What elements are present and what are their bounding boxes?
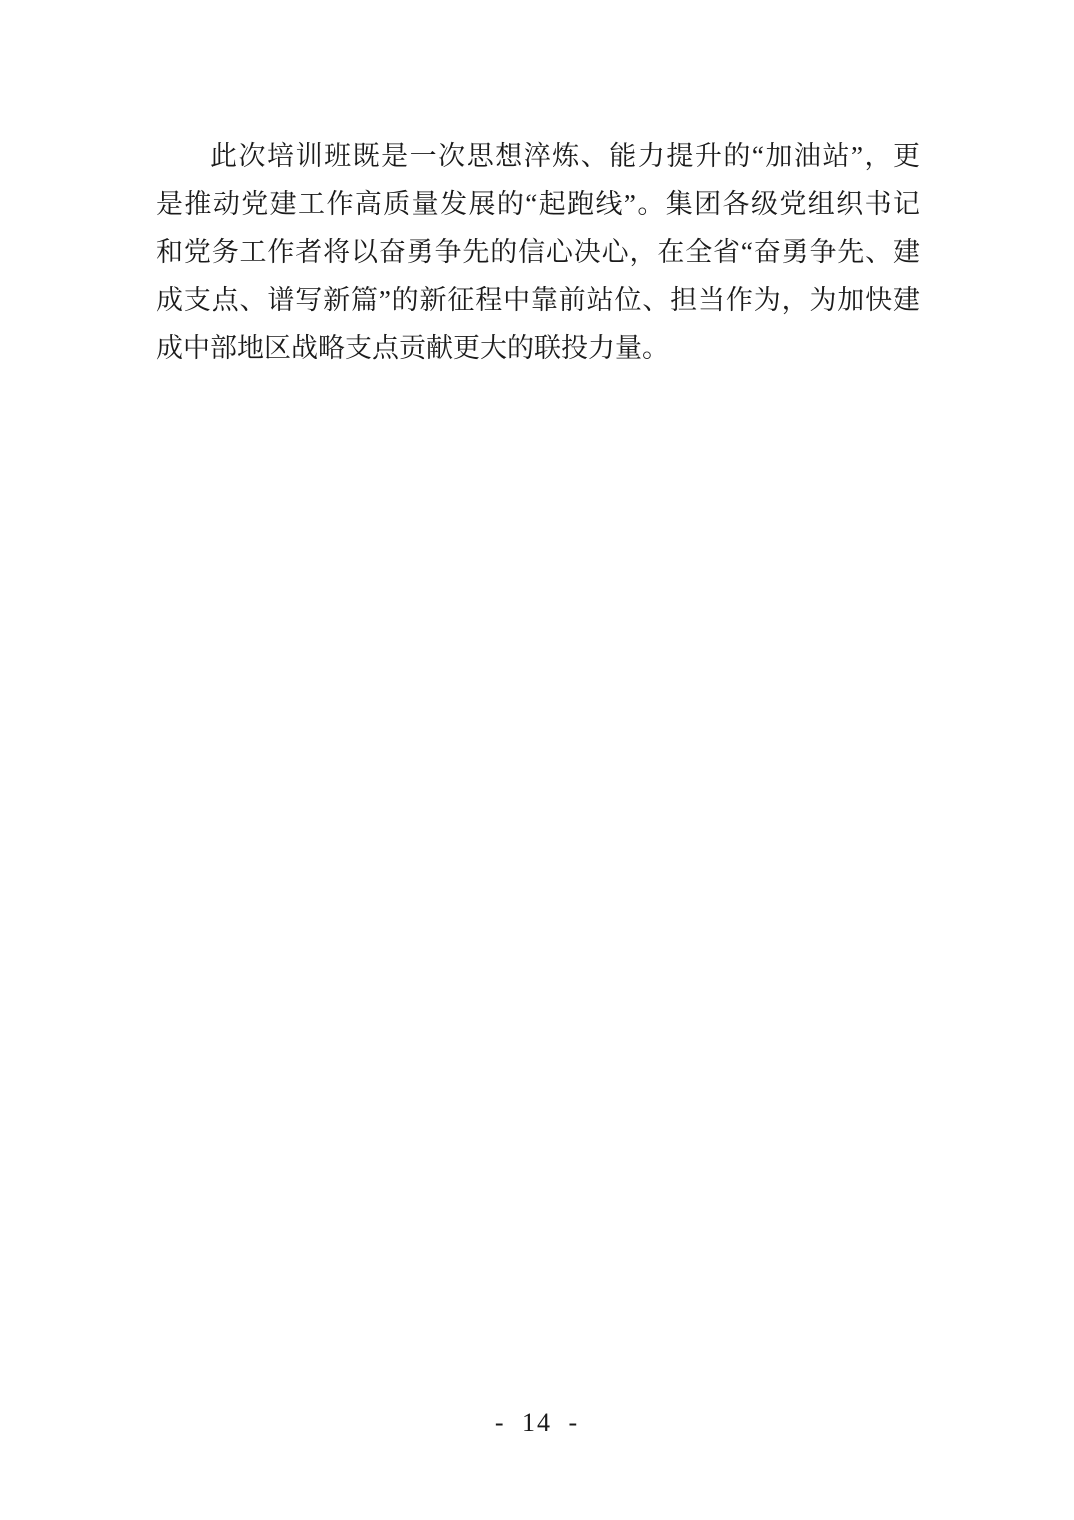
paragraph-line: 此次培训班既是一次思想淬炼、能力提升的“加油站”，更 <box>156 132 920 180</box>
paragraph-line: 成支点、谱写新篇”的新征程中靠前站位、担当作为，为加快建 <box>156 276 920 324</box>
document-page: 此次培训班既是一次思想淬炼、能力提升的“加油站”，更 是推动党建工作高质量发展的… <box>0 0 1074 1520</box>
paragraph-line: 成中部地区战略支点贡献更大的联投力量。 <box>156 324 920 372</box>
page-number: - 14 - <box>0 1408 1074 1438</box>
paragraph: 此次培训班既是一次思想淬炼、能力提升的“加油站”，更 是推动党建工作高质量发展的… <box>156 132 920 372</box>
paragraph-line: 和党务工作者将以奋勇争先的信心决心，在全省“奋勇争先、建 <box>156 228 920 276</box>
paragraph-line: 是推动党建工作高质量发展的“起跑线”。集团各级党组织书记 <box>156 180 920 228</box>
